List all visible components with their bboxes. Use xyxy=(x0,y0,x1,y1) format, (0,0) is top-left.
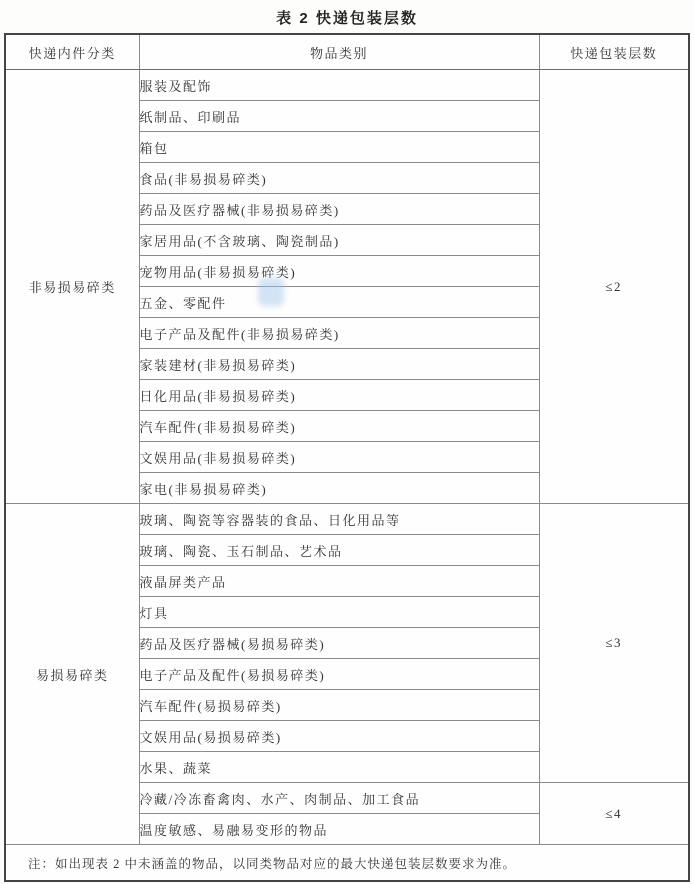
item-cell: 文娱用品(易损易碎类) xyxy=(139,721,539,752)
layers-cell-4: ≤4 xyxy=(539,783,689,845)
packaging-layers-table: 快递内件分类 物品类别 快递包装层数 非易损易碎类 服装及配饰 ≤2 纸制品、印… xyxy=(4,33,690,882)
header-cell-item-type: 物品类别 xyxy=(139,34,539,70)
table-row: 非易损易碎类 服装及配饰 ≤2 xyxy=(5,70,689,101)
item-cell: 食品(非易损易碎类) xyxy=(139,163,539,194)
item-cell: 玻璃、陶瓷等容器装的食品、日化用品等 xyxy=(139,504,539,535)
item-cell: 冷藏/冷冻畜禽肉、水产、肉制品、加工食品 xyxy=(139,783,539,814)
table-row: 易损易碎类 玻璃、陶瓷等容器装的食品、日化用品等 ≤3 xyxy=(5,504,689,535)
item-cell: 箱包 xyxy=(139,132,539,163)
header-row: 快递内件分类 物品类别 快递包装层数 xyxy=(5,34,689,70)
item-cell: 玻璃、陶瓷、玉石制品、艺术品 xyxy=(139,535,539,566)
item-cell: 汽车配件(易损易碎类) xyxy=(139,690,539,721)
category-cell-fragile: 易损易碎类 xyxy=(5,504,139,845)
item-cell: 电子产品及配件(易损易碎类) xyxy=(139,659,539,690)
item-cell: 温度敏感、易融易变形的物品 xyxy=(139,814,539,845)
category-cell-non-fragile: 非易损易碎类 xyxy=(5,70,139,504)
item-cell: 文娱用品(非易损易碎类) xyxy=(139,442,539,473)
header-cell-layers: 快递包装层数 xyxy=(539,34,689,70)
item-cell: 纸制品、印刷品 xyxy=(139,101,539,132)
item-cell: 服装及配饰 xyxy=(139,70,539,101)
item-cell: 宠物用品(非易损易碎类) xyxy=(139,256,539,287)
item-cell: 汽车配件(非易损易碎类) xyxy=(139,411,539,442)
layers-cell-2: ≤2 xyxy=(539,70,689,504)
layers-cell-3: ≤3 xyxy=(539,504,689,783)
item-cell: 家居用品(不含玻璃、陶瓷制品) xyxy=(139,225,539,256)
item-cell: 药品及医疗器械(非易损易碎类) xyxy=(139,194,539,225)
note-row: 注：如出现表 2 中未涵盖的物品，以同类物品对应的最大快递包装层数要求为准。 xyxy=(5,845,689,882)
note-cell: 注：如出现表 2 中未涵盖的物品，以同类物品对应的最大快递包装层数要求为准。 xyxy=(5,845,689,882)
item-cell: 家装建材(非易损易碎类) xyxy=(139,349,539,380)
item-cell: 家电(非易损易碎类) xyxy=(139,473,539,504)
item-cell: 水果、蔬菜 xyxy=(139,752,539,783)
header-cell-category: 快递内件分类 xyxy=(5,34,139,70)
item-cell: 日化用品(非易损易碎类) xyxy=(139,380,539,411)
item-cell: 药品及医疗器械(易损易碎类) xyxy=(139,628,539,659)
item-cell: 五金、零配件 xyxy=(139,287,539,318)
item-cell: 液晶屏类产品 xyxy=(139,566,539,597)
table-title: 表 2 快递包装层数 xyxy=(0,0,694,33)
document-page: 表 2 快递包装层数 快递内件分类 物品类别 快递包装层数 非易损易碎类 服装及… xyxy=(0,0,694,884)
item-cell: 电子产品及配件(非易损易碎类) xyxy=(139,318,539,349)
item-cell: 灯具 xyxy=(139,597,539,628)
